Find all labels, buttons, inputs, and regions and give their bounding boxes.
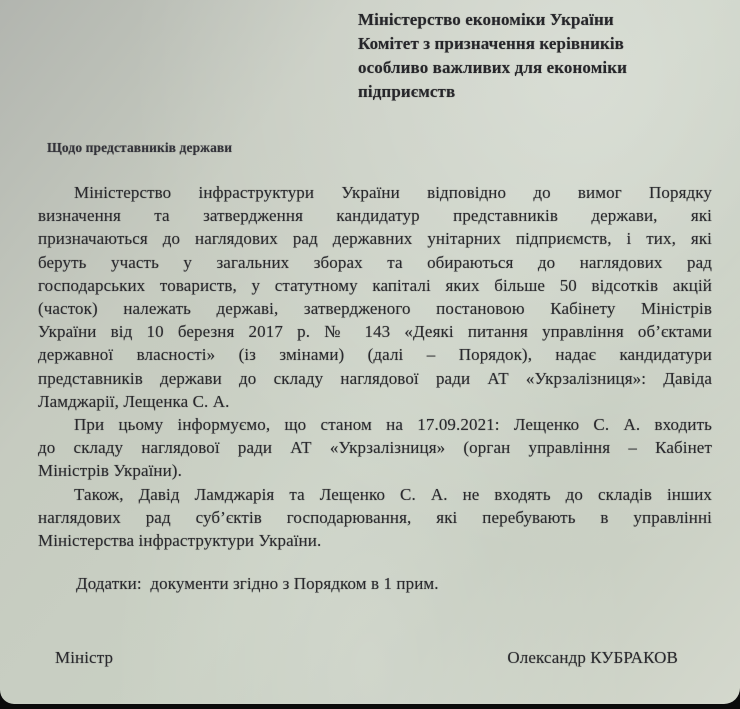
paragraph: Також, Давід Ламджарія та Лещенко С. А. … <box>38 483 712 553</box>
letter-body: Міністерство інфраструктури України відп… <box>38 181 712 595</box>
body-line: Також, Давід Ламджарія та Лещенко С. А. … <box>38 483 712 506</box>
document-paper: Міністерство економіки України Комітет з… <box>0 0 740 704</box>
body-line: наглядових рад суб’єктів господарювання,… <box>38 506 712 529</box>
attachments-line: Додатки: документи згідно з Порядком в 1… <box>38 572 712 595</box>
signature-title: Міністр <box>55 648 113 668</box>
body-line: державної власності» (із змінами) (далі … <box>38 343 712 366</box>
body-line: Міністерства інфраструктури України. <box>38 529 712 552</box>
body-line: визначення та затвердження кандидатур пр… <box>38 204 712 227</box>
subject-line: Щодо представників держави <box>47 140 232 156</box>
body-line: господарських товариств, у статутному ка… <box>38 274 712 297</box>
paragraph: При цьому інформуємо, що станом на 17.09… <box>38 413 712 483</box>
body-line: Міністрів України). <box>38 459 712 482</box>
body-line: Ламджарії, Лещенка С. А. <box>38 390 712 413</box>
body-line: Міністерство інфраструктури України відп… <box>38 181 712 204</box>
letterhead-line: Міністерство економіки України <box>358 8 698 32</box>
letterhead-line: підприємств <box>358 80 698 104</box>
photo-background: Міністерство економіки України Комітет з… <box>0 0 740 709</box>
letterhead: Міністерство економіки України Комітет з… <box>358 8 698 104</box>
body-line: беруть участь у загальних зборах та обир… <box>38 251 712 274</box>
body-line: України від 10 березня 2017 р. № 143 «Де… <box>38 320 712 343</box>
body-line: представників держави до складу наглядов… <box>38 367 712 390</box>
paragraph: Міністерство інфраструктури України відп… <box>38 181 712 413</box>
body-line: (часток) належать державі, затвердженого… <box>38 297 712 320</box>
body-line: При цьому інформуємо, що станом на 17.09… <box>38 413 712 436</box>
signature-name: Олександр КУБРАКОВ <box>507 648 678 668</box>
letterhead-line: особливо важливих для економіки <box>358 56 698 80</box>
letterhead-line: Комітет з призначення керівників <box>358 32 698 56</box>
body-line: призначаються до наглядових рад державни… <box>38 227 712 250</box>
body-line: до складу наглядової ради АТ «Укрзалізни… <box>38 436 712 459</box>
signature-row: Міністр Олександр КУБРАКОВ <box>0 648 740 668</box>
